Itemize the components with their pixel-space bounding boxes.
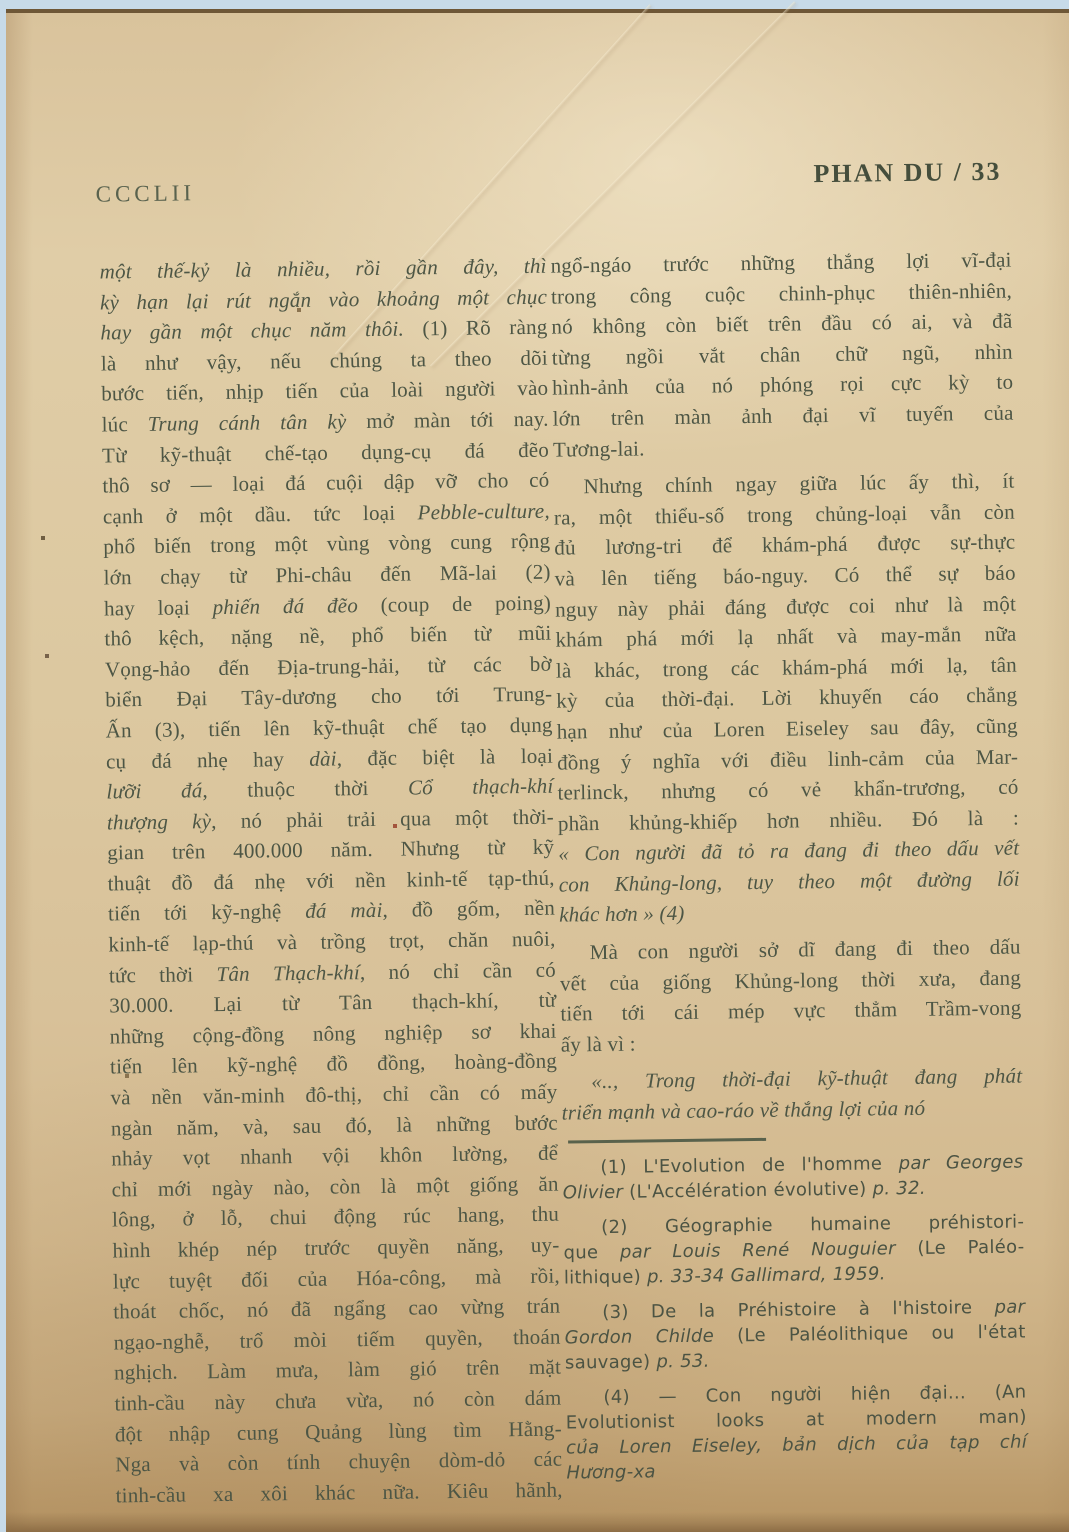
text-line: triển mạnh và cao-ráo về thắng lợi của n…	[562, 1092, 1023, 1129]
italic-text: Gordon Childe	[565, 1325, 715, 1348]
left-column-paragraphs: một thế-kỷ là nhiều, rồi gần đây, thìkỳ …	[99, 251, 562, 1511]
footnotes-section: (1) L'Evolution de l'homme par GeorgesOl…	[562, 1149, 1027, 1485]
text-line: khác hơn » (4)	[559, 894, 1020, 931]
body-text: (Le Paléo-	[896, 1236, 1025, 1259]
body-text: thô sơ — loại đá cuội dập vỡ cho có	[102, 468, 549, 498]
body-text: hình khép nép trước quyền năng, uy-	[112, 1233, 559, 1263]
paper-specks	[6, 13, 8, 15]
body-text: Từ kỹ-thuật chế-tạo dụng-cụ đá đẽo	[102, 437, 549, 467]
italic-text: dài	[309, 746, 337, 770]
body-text: và nền văn-minh đô-thị, chỉ cần có mấy	[110, 1080, 557, 1110]
body-text: phổ biến trong một vùng vòng cung rộng	[103, 529, 550, 559]
paragraph: (1) L'Evolution de l'homme par GeorgesOl…	[562, 1149, 1024, 1205]
italic-text: một thế-kỷ là nhiều, rồi gần đây, thì	[100, 254, 547, 284]
body-text: cạnh ở một dầu. tức loại	[103, 500, 418, 528]
body-text: , nó chỉ cần có	[360, 957, 556, 984]
body-text: lông, ở lỗ, chui động rúc hang, thu	[112, 1202, 559, 1232]
italic-text: Cổ thạch-khí	[408, 774, 554, 800]
text-line: «.., Trong thời-đại kỹ-thuật đang phát	[561, 1061, 1022, 1098]
body-text: (1) L'Evolution de l'homme	[600, 1153, 899, 1178]
body-text: nó không còn biết trên đầu có ai, và đã	[551, 309, 1012, 339]
italic-text: Pebble-culture,	[417, 498, 550, 524]
body-text: Vọng-hảo đến Địa-trung-hải, từ các bờ	[105, 651, 552, 681]
body-text: tiến tới cái mép vực thẳm Trầm-vong	[560, 996, 1021, 1026]
body-text: (4) — Con người hiện đại... (An	[603, 1381, 1026, 1408]
page-folio: CCCLII	[95, 180, 195, 207]
body-text: thô kệch, nặng nề, phổ biến từ mũi	[104, 621, 551, 651]
body-text: đột nhập cung Quảng lùng tìm Hằng-	[115, 1416, 562, 1446]
body-text: từng ngồi vắt chân chữ ngũ, nhìn	[552, 339, 1013, 369]
body-text: lớn trên màn ảnh đại vĩ tuyến của	[552, 401, 1013, 431]
body-text: bước tiến, nhịp tiến của loài người vào	[101, 376, 548, 406]
body-text: phần khủng-khiếp hơn nhiều. Đó là :	[558, 805, 1019, 835]
body-text: (L'Accélération évolutive)	[623, 1178, 873, 1202]
italic-text: hay gần một chục năm thôi.	[100, 317, 404, 345]
body-text: lực tuyệt đối của Hóa-công, mà rồi,	[113, 1263, 560, 1293]
body-text: tinh-cầu xa xôi khác nữa. Kiêu hãnh,	[116, 1477, 563, 1507]
text-line: lithique) p. 33-34 Gallimard, 1959.	[564, 1259, 1025, 1290]
text-line: Tương-lai.	[553, 428, 1014, 465]
italic-text: lưỡi đá	[106, 778, 202, 803]
body-text: , nó phải trải qua một thời-	[211, 804, 554, 832]
paragraph: Nhưng chính ngay giữa lúc ấy thì, ítra, …	[553, 466, 1020, 931]
italic-text: par Louis René Nouguier	[620, 1238, 896, 1263]
text-line: Hương-xa	[566, 1454, 1027, 1485]
paragraph: (2) Géographie humaine préhistori-que pa…	[563, 1209, 1025, 1290]
body-text: (2) Géographie humaine préhistori-	[601, 1211, 1024, 1238]
italic-text: thượng kỳ	[107, 809, 212, 834]
body-text: lúc	[102, 412, 148, 437]
body-text: terlinck, nhưng có vẻ khẩn-trương, có	[557, 775, 1018, 805]
italic-text: «.., Trong thời-đại kỹ-thuật đang phát	[591, 1064, 1022, 1094]
body-text: và lên tiếng báo-nguy. Có thể sự báo	[555, 561, 1016, 591]
italic-text: khác hơn » (4)	[559, 901, 685, 927]
body-text: sauvage)	[565, 1351, 657, 1373]
body-text: , đặc biệt là loại	[337, 743, 554, 770]
page-text-layer: CCCLII PHAN DU / 33 một thế-kỷ là nhiều,…	[0, 6, 1069, 1532]
body-text: (coup de poing)	[358, 590, 551, 617]
body-text: , thuộc thời	[202, 776, 408, 803]
italic-text: p. 53.	[656, 1350, 710, 1372]
paragraph: ngổ-ngáo trước những thắng lợi vĩ-đạitro…	[550, 245, 1014, 465]
body-text: hạn như của Loren Eiseley sau đây, cũng	[557, 713, 1018, 743]
italic-text: par Georges	[899, 1151, 1024, 1174]
italic-text: Trung cánh tân kỳ	[148, 409, 347, 436]
text-line: tiến tới cái mép vực thẳm Trầm-vong	[560, 993, 1021, 1030]
right-text-column: ngổ-ngáo trước những thắng lợi vĩ-đạitro…	[550, 245, 1027, 1486]
italic-text: par	[994, 1296, 1025, 1317]
body-text: ngạo-nghễ, trổ mòi tiếm quyền, thoán	[114, 1324, 561, 1354]
footnote-separator	[568, 1138, 766, 1144]
body-text: kinh-tế lạp-thú và trồng trọt, chăn nuôi…	[108, 927, 555, 957]
italic-text: phiến đá đẽo	[212, 593, 358, 619]
body-text: 30.000. Lại từ Tân thạch-khí, từ	[109, 988, 556, 1018]
body-text: nhảy vọt nhanh vội khôn lường, để	[111, 1141, 558, 1171]
italic-text: đá mài	[305, 898, 383, 923]
body-text: que	[563, 1241, 620, 1263]
body-text: ra, một thiểu-số trong chủng-loại vẫn cò…	[554, 499, 1015, 529]
italic-text: p. 32.	[872, 1177, 926, 1199]
body-text: là như vậy, nếu chúng ta theo dõi	[101, 345, 548, 375]
body-text: nghịch. Làm mưa, làm gió trên mặt	[114, 1355, 561, 1385]
body-text: Mà con người sở dĩ đang đi theo dấu	[589, 935, 1020, 965]
body-text: trong công cuộc chinh-phục thiên-nhiên,	[551, 278, 1012, 308]
paragraph: một thế-kỷ là nhiều, rồi gần đây, thìkỳ …	[99, 251, 562, 1511]
body-text: là khác, trong các khám-phá mới lạ, tân	[556, 652, 1017, 682]
body-text: những cộng-đồng nông nghiệp sơ khai	[110, 1018, 557, 1048]
body-text: Evolutionist looks at modern man)	[566, 1406, 1027, 1433]
italic-text: con Khủng-long, tuy theo một đường lối	[559, 866, 1020, 896]
body-text: (Le Paléolithique ou l'état	[714, 1321, 1026, 1346]
italic-text: Olivier	[563, 1181, 624, 1203]
italic-text: của Loren Eiseley, bản dịch của tạp chí	[566, 1431, 1027, 1458]
body-text: ngổ-ngáo trước những thắng lợi vĩ-đại	[550, 248, 1011, 278]
body-text: thoát chốc, nó đã ngẩng cao vừng trán	[113, 1294, 560, 1324]
body-text: tiến tới kỹ-nghệ	[108, 899, 306, 926]
italic-text: Tân Thạch-khí	[216, 960, 360, 986]
body-text: ấy là vì :	[561, 1031, 636, 1056]
body-text: hay loại	[104, 595, 213, 620]
body-text: hình-ảnh của nó phóng rọi cực kỳ to	[552, 370, 1013, 400]
paragraph: (4) — Con người hiện đại... (AnEvolution…	[565, 1379, 1027, 1485]
right-column-paragraphs: ngổ-ngáo trước những thắng lợi vĩ-đạitro…	[550, 245, 1022, 1129]
running-head: PHAN DU / 33	[813, 157, 1001, 189]
body-text: mở màn tới nay.	[346, 407, 549, 434]
body-text: (1) Rõ ràng	[404, 315, 548, 341]
body-text: lithique)	[564, 1266, 647, 1288]
text-line: lớn trên màn ảnh đại vĩ tuyến của	[552, 398, 1013, 435]
italic-text: « Con người đã tỏ ra đang đi theo dấu vế…	[558, 836, 1019, 866]
paragraph: «.., Trong thời-đại kỹ-thuật đang pháttr…	[561, 1061, 1023, 1128]
body-text: Nhưng chính ngay giữa lúc ấy thì, ít	[583, 469, 1014, 499]
body-text: đủ lương-tri để khám-phá được sự-thực	[554, 530, 1015, 560]
italic-text: p. 33-34 Gallimard, 1959.	[647, 1263, 886, 1287]
text-line: sauvage) p. 53.	[565, 1344, 1026, 1375]
body-text: đồng ý nghĩa với điều linh-cảm của Mar-	[557, 744, 1018, 774]
italic-text: triển mạnh và cao-ráo về thắng lợi của n…	[562, 1096, 926, 1125]
text-line: Olivier (L'Accélération évolutive) p. 32…	[563, 1174, 1024, 1205]
body-text: thuật đồ đá nhẹ với nền kinh-tế tạp-thú,	[108, 866, 555, 896]
paragraph: (3) De la Préhistoire à l'histoire parGo…	[564, 1294, 1026, 1375]
text-line: tinh-cầu xa xôi khác nữa. Kiêu hãnh,	[115, 1474, 562, 1510]
text-line: ấy là vì :	[561, 1023, 1022, 1060]
body-text: chỉ mới ngày nào, còn là một giống ăn	[112, 1171, 559, 1201]
body-text: kỳ của thời-đại. Lời khuyến cáo chẳng	[556, 683, 1017, 713]
body-text: Tương-lai.	[553, 436, 645, 461]
body-text: vết của giống Khủng-long thời xưa, đang	[560, 965, 1021, 995]
body-text: nguy này phải đáng được coi như là một	[555, 591, 1016, 621]
paragraph: Mà con người sở dĩ đang đi theo dấuvết c…	[559, 932, 1022, 1060]
body-text: cụ đá nhẹ hay	[106, 746, 310, 773]
body-text: khám phá mới lạ nhất và may-mắn nữa	[555, 622, 1016, 652]
body-text: tinh-cầu này chưa vừa, nó còn dám	[114, 1386, 561, 1416]
body-text: lớn chạy từ Phi-châu đến Mã-lai (2)	[104, 560, 551, 590]
left-text-column: một thế-kỷ là nhiều, rồi gần đây, thìkỳ …	[99, 251, 562, 1511]
body-text: ngàn năm, và, sau đó, là những bước	[111, 1110, 558, 1140]
body-text: (3) De la Préhistoire à l'histoire	[602, 1297, 994, 1323]
body-text: gian trên 400.000 năm. Nhưng từ kỹ	[107, 835, 554, 865]
body-text: tức thời	[109, 962, 217, 987]
italic-text: Hương-xa	[566, 1461, 656, 1483]
paper-sheet: CCCLII PHAN DU / 33 một thế-kỷ là nhiều,…	[6, 9, 1069, 1532]
body-text: tiến lên kỹ-nghệ đồ đồng, hoàng-đồng	[110, 1049, 557, 1079]
body-text: biển Đại Tây-dương cho tới Trung-	[105, 682, 552, 712]
body-text: Ấn (3), tiến lên kỹ-thuật chế tạo dụng	[106, 713, 553, 743]
body-text: , đồ gốm, nền	[382, 896, 555, 922]
body-text: Nga và còn tính chuyện dòm-dỏ các	[115, 1447, 562, 1477]
italic-text: kỳ hạn lại rút ngắn vào khoảng một chục	[100, 284, 547, 314]
